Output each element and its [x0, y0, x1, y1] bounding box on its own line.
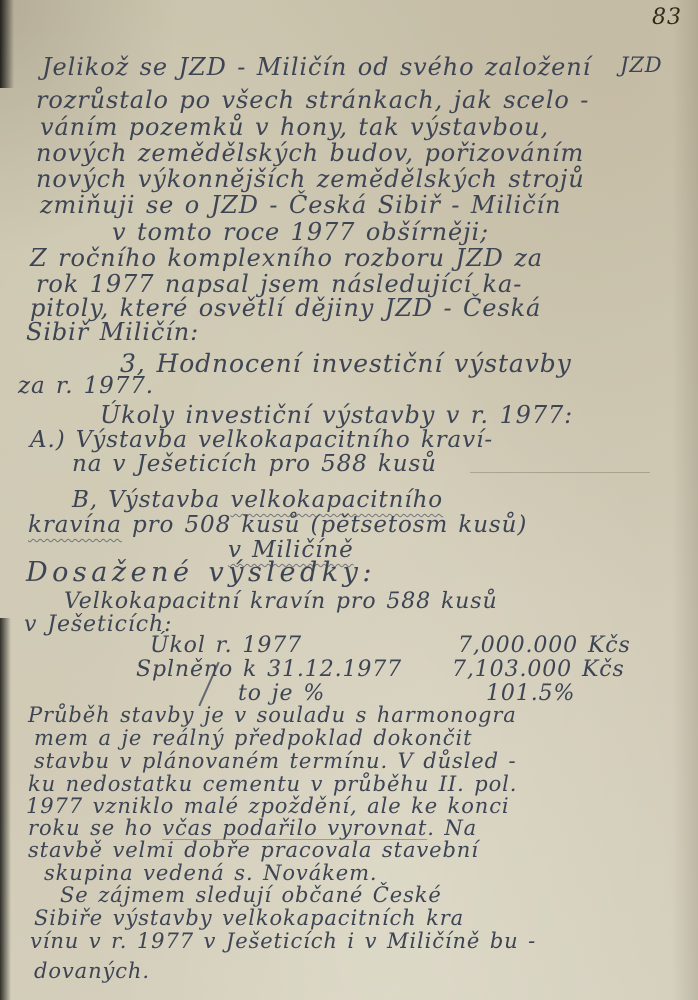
text-run: na v Ješeticích pro 588 kusů — [72, 451, 437, 477]
manuscript-line: Úkoly investiční výstavby v r. 1977: — [100, 402, 573, 429]
manuscript-line: Velkokapacitní kravín pro 588 kusů — [64, 590, 498, 615]
text-run: Z ročního komplexního rozboru JZD za — [30, 244, 543, 272]
text-run: skupina vedená s. Novákem. — [44, 861, 377, 885]
text-run: stavbě velmi dobře pracovala stavební — [28, 838, 479, 862]
manuscript-line: za r. 1977. — [18, 374, 154, 400]
manuscript-line: nových výkonnějších zemědělských strojů — [36, 166, 585, 193]
manuscript-line: Sibiř Miličín: — [26, 319, 199, 346]
text-run: váním pozemků v hony, tak výstavbou, — [40, 113, 549, 141]
text-run: stavbu v plánovaném termínu. V důsled - — [34, 749, 517, 773]
manuscript-line: v tomto roce 1977 obšírněji; — [112, 219, 489, 246]
manuscript-line: nových zemědělských budov, pořizováním — [36, 140, 584, 167]
manuscript-line: zmiňuji se o JZD - Česká Sibiř - Miličín — [40, 192, 561, 219]
text-run: za r. 1977. — [18, 373, 154, 399]
text-run: pro 508 kusů (pětsetosm kusů) — [122, 512, 527, 538]
text-run: roku se ho — [28, 816, 162, 840]
text-run: . Na — [427, 816, 477, 840]
manuscript-line: vínu v r. 1977 v Ješeticích i v Miličíně… — [30, 930, 536, 954]
text-run: ku nedostatku cementu v průběhu II. pol. — [28, 772, 517, 796]
text-run: v tomto roce 1977 obšírněji; — [112, 218, 489, 246]
text-run: nových zemědělských budov, pořizováním — [36, 139, 584, 167]
manuscript-line: Sibiře výstavby velkokapacitních kra — [34, 907, 464, 931]
text-run: kravína — [28, 512, 122, 538]
text-run: Dosažené výsledky: — [26, 557, 376, 588]
manuscript-line: Dosažené výsledky: — [26, 558, 376, 588]
manuscript-line: 3, Hodnocení investiční výstavby — [120, 350, 572, 378]
manuscript-line: A.) Výstavba velkokapacitního kraví- — [30, 428, 493, 454]
margin-note: JZD — [620, 54, 663, 78]
manuscript-line: stavbu v plánovaném termínu. V důsled - — [34, 750, 517, 774]
text-run: Úkol r. 1977 — [150, 633, 302, 658]
manuscript-line: B, Výstavba velkokapacitního — [72, 488, 443, 514]
chronicle-page-photo: 83 Jelikož se JZD - Miličín od svého zal… — [0, 0, 698, 1000]
manuscript-line: rozrůstalo po všech stránkach, jak scelo… — [36, 87, 589, 114]
text-run: Splněno k 31.12.1977 — [136, 657, 402, 682]
manuscript-line: Jelikož se JZD - Miličín od svého založe… — [42, 54, 591, 81]
text-run: vínu v r. 1977 v Ješeticích i v Miličíně… — [30, 929, 536, 953]
text-run: 3, Hodnocení investiční výstavby — [120, 349, 572, 378]
manuscript-line: mem a je reálný předpoklad dokončit — [34, 727, 472, 751]
manuscript-line: kravína pro 508 kusů (pětsetosm kusů) — [28, 513, 527, 539]
text-run: Velkokapacitní kravín pro 588 kusů — [64, 589, 498, 614]
text-run: Sibiř Miličín: — [26, 318, 199, 346]
text-run: 7,000.000 Kčs — [458, 634, 631, 659]
paper-crease — [470, 472, 650, 473]
manuscript-line: váním pozemků v hony, tak výstavbou, — [40, 114, 549, 141]
manuscript: Jelikož se JZD - Miličín od svého založe… — [0, 0, 698, 1000]
text-run: včas podařilo vyrovnat — [162, 816, 427, 840]
text-run: B, Výstavba — [72, 487, 231, 513]
text-run: Úkoly investiční výstavby v r. 1977: — [100, 401, 573, 429]
manuscript-line: stavbě velmi dobře pracovala stavební — [28, 839, 479, 863]
manuscript-line: Úkol r. 19777,000.000 Kčs — [150, 634, 302, 659]
manuscript-line: skupina vedená s. Novákem. — [44, 862, 377, 886]
text-run: mem a je reálný předpoklad dokončit — [34, 726, 472, 750]
text-run: Průběh stavby je v souladu s harmonogra — [28, 703, 517, 727]
text-run: Sibiře výstavby velkokapacitních kra — [34, 906, 464, 930]
manuscript-line: Splněno k 31.12.19777,103.000 Kčs — [136, 658, 402, 683]
manuscript-line: Průběh stavby je v souladu s harmonogra — [28, 704, 517, 728]
text-run: Se zájmem sledují občané České — [60, 883, 442, 907]
manuscript-line: 1977 vzniklo malé zpoždění, ale ke konci — [26, 795, 510, 819]
manuscript-line: dovaných. — [34, 960, 150, 984]
manuscript-line: Se zájmem sledují občané České — [60, 884, 442, 908]
text-run: A.) Výstavba velkokapacitního kraví- — [30, 427, 493, 453]
text-run: Jelikož se JZD - Miličín od svého založe… — [42, 53, 591, 81]
text-run: velkokapacitního — [231, 487, 444, 513]
text-run: 1977 vzniklo malé zpoždění, ale ke konci — [26, 794, 510, 818]
text-run: zmiňuji se o JZD - Česká Sibiř - Miličín — [40, 191, 561, 219]
text-run: rozrůstalo po všech stránkach, jak scelo… — [36, 86, 589, 114]
manuscript-line: ku nedostatku cementu v průběhu II. pol. — [28, 773, 517, 797]
manuscript-line: roku se ho včas podařilo vyrovnat. Na — [28, 817, 477, 841]
manuscript-line: na v Ješeticích pro 588 kusů — [72, 452, 437, 478]
text-run: dovaných. — [34, 959, 150, 983]
text-run: 7,103.000 Kčs — [452, 658, 625, 683]
manuscript-line: Z ročního komplexního rozboru JZD za — [30, 245, 543, 272]
text-run: nových výkonnějších zemědělských strojů — [36, 165, 585, 193]
